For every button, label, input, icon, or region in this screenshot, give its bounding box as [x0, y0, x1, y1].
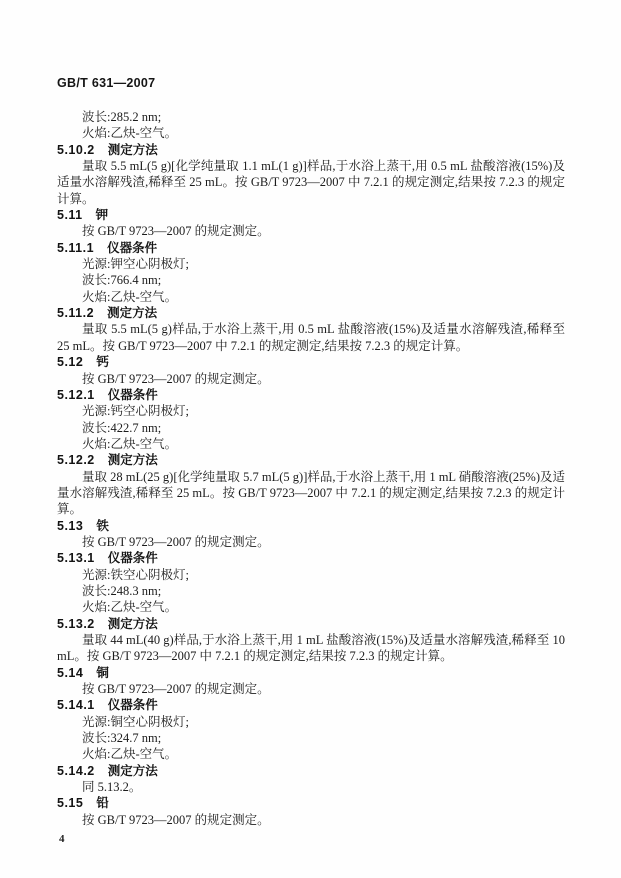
section-number: 5.12.1 [57, 387, 95, 403]
section-heading: 5.13.1仪器条件 [57, 550, 565, 566]
section-heading: 5.11钾 [57, 207, 565, 223]
section-number: 5.10.2 [57, 142, 95, 158]
text-line: 火焰:乙炔-空气。 [57, 125, 565, 141]
section-heading: 5.14.1仪器条件 [57, 697, 565, 713]
document-lines: 波长:285.2 nm;火焰:乙炔-空气。5.10.2测定方法量取 5.5 mL… [57, 109, 565, 828]
section-heading: 5.15铅 [57, 795, 565, 811]
section-number: 5.12 [57, 354, 83, 370]
text-line: 火焰:乙炔-空气。 [57, 289, 565, 305]
paragraph: 量取 5.5 mL(5 g)样品,于水浴上蒸干,用 0.5 mL 盐酸溶液(15… [57, 321, 565, 354]
section-heading: 5.10.2测定方法 [57, 142, 565, 158]
text-line: 波长:766.4 nm; [57, 272, 565, 288]
section-heading: 5.12.2测定方法 [57, 452, 565, 468]
section-title: 仪器条件 [108, 388, 158, 402]
section-title: 测定方法 [108, 617, 158, 631]
section-number: 5.11 [57, 207, 83, 223]
page-number: 4 [59, 833, 565, 845]
section-title: 铁 [96, 519, 109, 533]
section-number: 5.14.2 [57, 763, 95, 779]
paragraph: 量取 28 mL(25 g)[化学纯量取 5.7 mL(5 g)]样品,于水浴上… [57, 469, 565, 518]
section-title: 测定方法 [108, 143, 158, 157]
text-line: 光源:钙空心阴极灯; [57, 403, 565, 419]
section-number: 5.15 [57, 795, 83, 811]
section-heading: 5.13.2测定方法 [57, 616, 565, 632]
section-title: 仪器条件 [108, 698, 158, 712]
section-heading: 5.14.2测定方法 [57, 763, 565, 779]
text-line: 同 5.13.2。 [57, 779, 565, 795]
text-line: 光源:铜空心阴极灯; [57, 714, 565, 730]
text-line: 光源:铁空心阴极灯; [57, 567, 565, 583]
section-title: 测定方法 [108, 764, 158, 778]
section-number: 5.13 [57, 518, 83, 534]
text-line: 波长:248.3 nm; [57, 583, 565, 599]
section-heading: 5.12钙 [57, 354, 565, 370]
section-heading: 5.11.1仪器条件 [57, 240, 565, 256]
section-title: 仪器条件 [108, 551, 158, 565]
section-heading: 5.11.2测定方法 [57, 305, 565, 321]
section-title: 测定方法 [108, 453, 158, 467]
section-heading: 5.13铁 [57, 518, 565, 534]
section-heading: 5.14铜 [57, 665, 565, 681]
section-heading: 5.12.1仪器条件 [57, 387, 565, 403]
text-line: 按 GB/T 9723—2007 的规定测定。 [57, 223, 565, 239]
section-title: 钙 [96, 355, 109, 369]
text-line: 按 GB/T 9723—2007 的规定测定。 [57, 812, 565, 828]
text-line: 光源:钾空心阴极灯; [57, 256, 565, 272]
section-title: 铜 [96, 666, 109, 680]
section-title: 测定方法 [107, 306, 157, 320]
text-line: 波长:422.7 nm; [57, 420, 565, 436]
section-number: 5.12.2 [57, 452, 95, 468]
paragraph: 量取 44 mL(40 g)样品,于水浴上蒸干,用 1 mL 盐酸溶液(15%)… [57, 632, 565, 665]
section-number: 5.14.1 [57, 697, 95, 713]
section-title: 仪器条件 [107, 241, 157, 255]
section-title: 铅 [96, 796, 109, 810]
document-header-standard-number: GB/T 631—2007 [57, 76, 565, 90]
section-number: 5.11.1 [57, 240, 94, 256]
text-line: 按 GB/T 9723—2007 的规定测定。 [57, 371, 565, 387]
text-line: 波长:324.7 nm; [57, 730, 565, 746]
text-line: 火焰:乙炔-空气。 [57, 746, 565, 762]
section-number: 5.13.2 [57, 616, 95, 632]
section-number: 5.13.1 [57, 550, 95, 566]
document-page: GB/T 631—2007 波长:285.2 nm;火焰:乙炔-空气。5.10.… [0, 0, 621, 878]
section-number: 5.14 [57, 665, 83, 681]
section-title: 钾 [96, 208, 109, 222]
text-line: 火焰:乙炔-空气。 [57, 599, 565, 615]
text-line: 按 GB/T 9723—2007 的规定测定。 [57, 534, 565, 550]
text-line: 波长:285.2 nm; [57, 109, 565, 125]
text-line: 火焰:乙炔-空气。 [57, 436, 565, 452]
section-number: 5.11.2 [57, 305, 94, 321]
paragraph: 量取 5.5 mL(5 g)[化学纯量取 1.1 mL(1 g)]样品,于水浴上… [57, 158, 565, 207]
text-line: 按 GB/T 9723—2007 的规定测定。 [57, 681, 565, 697]
